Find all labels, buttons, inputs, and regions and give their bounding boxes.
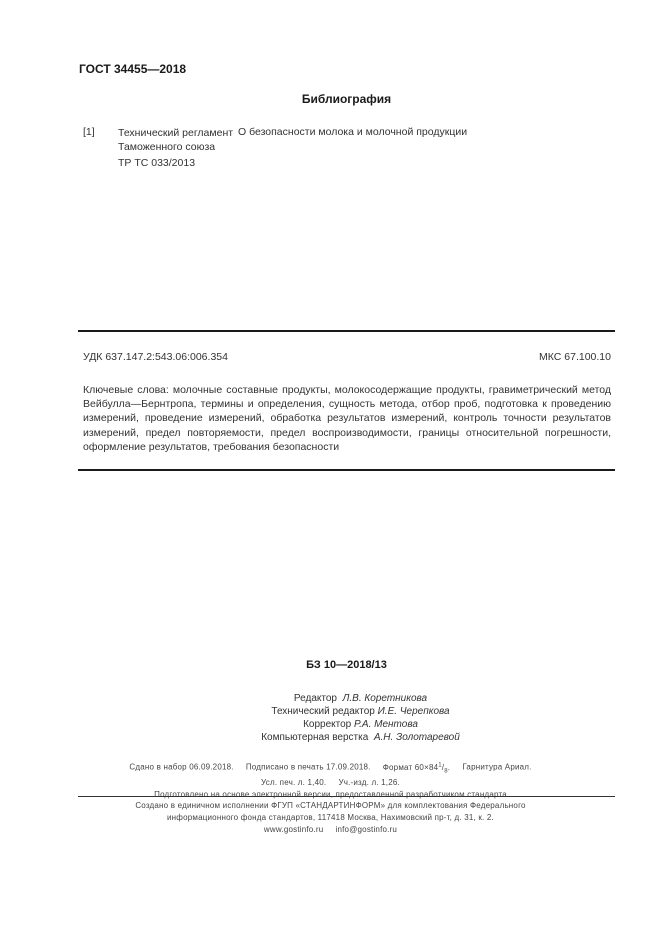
credit-line: Компьютерная верстка А.Н. Золотаревой <box>0 731 661 744</box>
print-info-line1: Сдано в набор 06.09.2018. Подписано в пе… <box>0 759 661 777</box>
publisher-line2: информационного фонда стандартов, 117418… <box>0 812 661 824</box>
publisher-line1: Создано в единичном исполнении ФГУП «СТА… <box>0 800 661 812</box>
divider-rule <box>78 330 615 332</box>
print-format: Формат 60×841/8. <box>383 763 450 772</box>
credit-name: А.Н. Золотаревой <box>374 732 460 743</box>
publisher-website[interactable]: www.gostinfo.ru <box>264 825 323 834</box>
credit-line: Технический редактор И.Е. Черепкова <box>0 705 661 718</box>
publisher-email[interactable]: info@gostinfo.ru <box>336 825 398 834</box>
credits-block: Редактор Л.В. Коретникова Технический ре… <box>0 692 661 744</box>
mks-code: МКС 67.100.10 <box>539 351 611 363</box>
reference-document-code: ТР ТС 033/2013 <box>118 157 195 169</box>
udk-code: УДК 637.147.2:543.06:006.354 <box>83 351 228 363</box>
reference-document-line1: Технический регламент <box>118 126 233 140</box>
credit-name: И.Е. Черепкова <box>378 706 450 717</box>
reference-document: Технический регламент Таможенного союза <box>118 126 233 154</box>
reference-subject: О безопасности молока и молочной продукц… <box>238 126 467 138</box>
credit-line: Редактор Л.В. Коретникова <box>0 692 661 705</box>
print-info-line2: Усл. печ. л. 1,40. Уч.-изд. л. 1,26. <box>0 777 661 789</box>
print-info: Сдано в набор 06.09.2018. Подписано в пе… <box>0 759 661 801</box>
credit-name: Р.А. Ментова <box>354 719 418 730</box>
credit-line: Корректор Р.А. Ментова <box>0 718 661 731</box>
bibliography-title: Библиография <box>0 92 661 106</box>
divider-rule <box>78 796 615 797</box>
publisher-info: Создано в единичном исполнении ФГУП «СТА… <box>0 800 661 836</box>
divider-rule <box>78 469 615 471</box>
keywords-paragraph: Ключевые слова: молочные составные проду… <box>83 383 611 454</box>
standard-code: ГОСТ 34455—2018 <box>79 62 186 76</box>
credit-name: Л.В. Коретникова <box>343 693 428 704</box>
reference-document-line2: Таможенного союза <box>118 140 233 154</box>
reference-number: [1] <box>83 126 95 138</box>
publisher-contacts: www.gostinfo.ru info@gostinfo.ru <box>0 824 661 836</box>
bz-number: БЗ 10—2018/13 <box>0 659 661 671</box>
